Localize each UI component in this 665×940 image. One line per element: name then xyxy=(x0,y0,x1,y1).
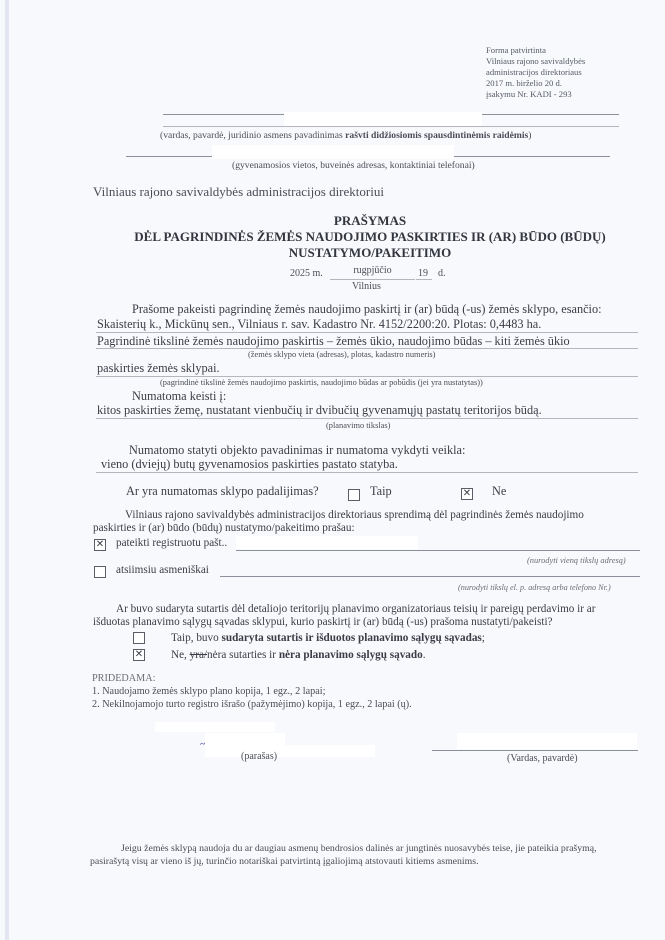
current-use-line-2 xyxy=(96,376,638,377)
delivery-personal-checkbox[interactable] xyxy=(94,566,106,578)
page-edge xyxy=(5,0,9,940)
delivery-intro-line2: paskirties ir (ar) būdo (būdų) nustatymo… xyxy=(93,522,355,534)
division-yes-checkbox[interactable] xyxy=(348,489,360,501)
contract-no-label: Ne, yra/nėra sutarties ir nėra planavimo… xyxy=(171,649,426,661)
contract-yes-label: Taip, buvo sudaryta sutartis ir išduotos… xyxy=(171,632,485,644)
redacted-name xyxy=(457,733,637,749)
division-yes-label: Taip xyxy=(370,484,392,499)
division-no-checkbox[interactable]: ✕ xyxy=(461,488,473,500)
approval-line: Forma patvirtinta xyxy=(486,45,585,56)
delivery-post-caption: (nurodyti vieną tikslų adresą) xyxy=(527,556,626,565)
approval-line: įsakymu Nr. KADI - 293 xyxy=(486,89,585,100)
delivery-personal-caption: (nurodyti tikslų el. p. adresą arba tele… xyxy=(458,583,611,592)
change-to-label: Numatoma keisti į: xyxy=(132,389,226,404)
approval-note: Forma patvirtinta Vilniaus rajono saviva… xyxy=(486,45,585,100)
approval-line: administracijos direktoriaus xyxy=(486,67,585,78)
redacted-signature-top xyxy=(155,722,275,732)
object-line xyxy=(96,472,638,473)
title-line: DĖL PAGRINDINĖS ŽEMĖS NAUDOJIMO PASKIRTI… xyxy=(100,229,640,245)
document-page: Forma patvirtinta Vilniaus rajono saviva… xyxy=(0,0,665,940)
request-intro: Prašome pakeisti pagrindinę žemės naudoj… xyxy=(132,302,602,317)
title-line: PRAŠYMAS xyxy=(100,213,640,229)
current-use-caption: (pagrindinė tikslinė žemės naudojimo pas… xyxy=(160,378,483,387)
date-year: 2025 m. xyxy=(290,268,323,279)
applicant-address-caption: (gyvenamosios vietos, buveinės adresas, … xyxy=(232,160,475,171)
current-use-line1: Pagrindinė tikslinė žemės naudojimo pask… xyxy=(97,334,570,349)
signature-caption: (parašas) xyxy=(241,751,277,762)
contract-question-line2: išduotas planavimo sąlygų sąvadas sklypu… xyxy=(93,616,553,628)
contract-question-line1: Ar buvo sudaryta sutartis dėl detaliojo … xyxy=(116,603,595,615)
current-use-line xyxy=(96,348,638,349)
date-place: Vilnius xyxy=(352,281,381,292)
attachments-heading: PRIDEDAMA: xyxy=(92,673,155,684)
contract-no-checkbox[interactable]: ✕ xyxy=(133,649,145,661)
change-to-line xyxy=(96,418,638,419)
date-month-line xyxy=(330,279,415,280)
delivery-personal-line[interactable] xyxy=(220,576,640,577)
applicant-name-line-2 xyxy=(163,126,619,127)
plot-location: Skaisterių k., Mickūnų sen., Vilniaus r.… xyxy=(97,317,541,332)
document-title: PRAŠYMAS DĖL PAGRINDINĖS ŽEMĖS NAUDOJIMO… xyxy=(100,213,640,261)
division-no-label: Ne xyxy=(492,484,506,499)
delivery-post-line[interactable] xyxy=(236,550,640,551)
footnote-line1: Jeigu žemės sklypą naudoja du ar daugiau… xyxy=(121,843,597,854)
division-question: Ar yra numatomas sklypo padalijimas? xyxy=(126,484,319,499)
name-caption: (Vardas, pavardė) xyxy=(507,753,578,764)
attachment-item: 2. Nekilnojamojo turto registro išrašo (… xyxy=(92,699,412,710)
approval-line: 2017 m. birželio 20 d. xyxy=(486,78,585,89)
contract-yes-checkbox[interactable] xyxy=(133,632,145,644)
date-day: 19 xyxy=(418,268,428,279)
redacted-applicant-name xyxy=(284,112,482,126)
redacted-applicant-address xyxy=(212,145,454,159)
change-to-caption: (planavimo tikslas) xyxy=(326,421,390,430)
redacted-post-address xyxy=(236,536,418,549)
redacted-signature-bottom xyxy=(205,745,375,757)
applicant-name-caption: (vardas, pavardė, juridinio asmens pavad… xyxy=(160,130,531,141)
delivery-intro-line1: Vilniaus rajono savivaldybės administrac… xyxy=(125,509,584,521)
delivery-personal-label: atsiimsiu asmeniškai xyxy=(116,564,209,576)
date-month: rugpjūčio xyxy=(330,265,415,276)
plot-location-caption: (žemės sklypo vieta (adresas), plotas, k… xyxy=(248,350,435,359)
addressee: Vilniaus rajono savivaldybės administrac… xyxy=(93,184,384,200)
footnote-line2: pasirašytą visų ar vieno iš jų, turinčio… xyxy=(90,856,479,867)
delivery-post-checkbox[interactable]: ✕ xyxy=(94,539,106,551)
object-label: Numatomo statyti objekto pavadinimas ir … xyxy=(129,443,465,458)
date-day-line xyxy=(416,279,432,280)
title-line: NUSTATYMO/PAKEITIMO xyxy=(100,245,640,261)
approval-line: Vilniaus rajono savivaldybės xyxy=(486,56,585,67)
current-use-line2: paskirties žemės sklypai. xyxy=(97,361,220,376)
name-line xyxy=(432,750,638,751)
object-value: vieno (dviejų) butų gyvenamosios paskirt… xyxy=(101,457,398,472)
date-day-suffix: d. xyxy=(438,268,446,279)
attachment-item: 1. Naudojamo žemės sklypo plano kopija, … xyxy=(92,686,325,697)
plot-location-line xyxy=(96,332,638,333)
delivery-post-label: pateikti registruotu pašt.. xyxy=(116,537,227,549)
change-to-value: kitos paskirties žemę, nustatant vienbuč… xyxy=(97,403,542,418)
